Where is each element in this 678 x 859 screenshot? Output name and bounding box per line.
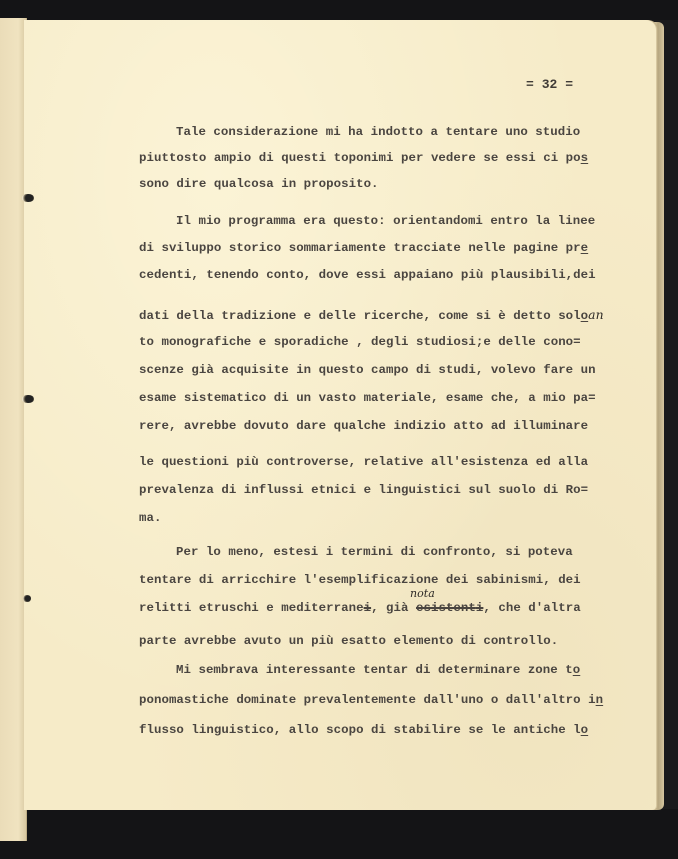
line-text: relitti etruschi e mediterrane: [139, 601, 364, 615]
hyphenation-underline: o: [581, 723, 589, 737]
hyphenation-underline: n: [596, 693, 604, 707]
text-line: tentare di arricchire l'esemplificazione…: [139, 572, 581, 588]
handwritten-insertion: nota: [410, 587, 435, 600]
text-line: flusso linguistico, allo scopo di stabil…: [139, 722, 588, 738]
hyphenation-underline: e: [581, 241, 589, 255]
text-line: parte avrebbe avuto un più esatto elemen…: [139, 633, 558, 649]
text-line: scenze già acquisite in questo campo di …: [139, 362, 596, 378]
text-line: dati della tradizione e delle ricerche, …: [139, 307, 604, 324]
text-line: ponomastiche dominate prevalentemente da…: [139, 692, 603, 708]
page-number: = 32 =: [526, 77, 573, 92]
line-text: , che d'altra: [483, 601, 580, 615]
line-text: Mi sembrava interessante tentar di deter…: [176, 663, 573, 677]
text-line: cedenti, tenendo conto, dove essi appaia…: [139, 267, 596, 283]
handwritten-correction: an: [588, 307, 603, 322]
hyphenation-underline: o: [573, 663, 581, 677]
text-line: ma.: [139, 510, 161, 526]
line-text: di sviluppo storico sommariamente tracci…: [139, 241, 581, 255]
text-line: rere, avrebbe dovuto dare qualche indizi…: [139, 418, 588, 434]
line-text: dati della tradizione e delle ricerche, …: [139, 309, 581, 323]
text-line: Tale considerazione mi ha indotto a tent…: [176, 124, 580, 140]
text-line: sono dire qualcosa in proposito.: [139, 176, 379, 192]
line-text: piuttosto ampio di questi toponimi per v…: [139, 151, 581, 165]
struck-word: esistent: [416, 601, 476, 615]
typed-text: = 32 = Tale considerazione mi ha indotto…: [0, 0, 678, 859]
text-line: to monografiche e sporadiche , degli stu…: [139, 334, 581, 350]
text-line: Mi sembrava interessante tentar di deter…: [176, 662, 580, 678]
text-line: le questioni più controverse, relative a…: [139, 454, 588, 470]
line-text: flusso linguistico, allo scopo di stabil…: [139, 723, 581, 737]
text-line: Il mio programma era questo: orientandom…: [176, 213, 595, 229]
scanned-page: = 32 = Tale considerazione mi ha indotto…: [0, 0, 678, 859]
text-line: prevalenza di influssi etnici e linguist…: [139, 482, 588, 498]
text-line: di sviluppo storico sommariamente tracci…: [139, 240, 588, 256]
struck-letter: i: [364, 601, 372, 615]
line-text: , già: [371, 601, 416, 615]
text-line: piuttosto ampio di questi toponimi per v…: [139, 150, 588, 166]
hyphenation-underline: s: [581, 151, 589, 165]
text-line: Per lo meno, estesi i termini di confron…: [176, 544, 573, 560]
text-line: esame sistematico di un vasto materiale,…: [139, 390, 596, 406]
line-text: ponomastiche dominate prevalentemente da…: [139, 693, 596, 707]
text-line: relitti etruschi e mediterranei, già esi…: [139, 600, 581, 616]
